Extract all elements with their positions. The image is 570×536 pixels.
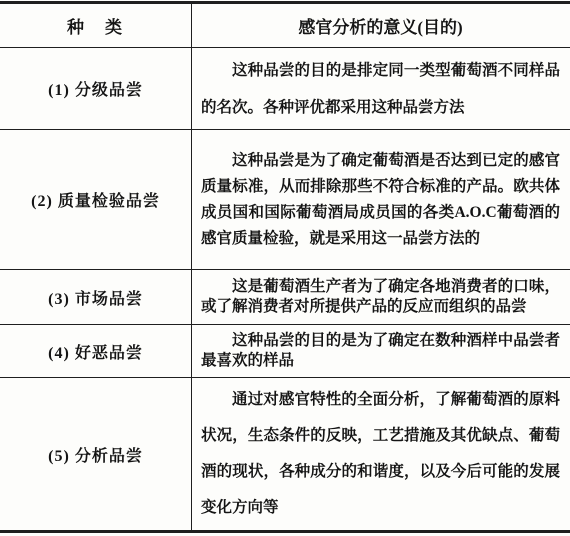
desc-text: 这是葡萄酒生产者为了确定各地消费者的口味，或了解消费者对所提供产品的反应而组织的…: [201, 277, 560, 318]
header-type-label: 种 类: [67, 13, 124, 38]
type-label: (1) 分级品尝: [48, 77, 143, 100]
desc-text: 这种品尝的目的是为了确定在数种酒样中品尝者最喜欢的样品: [201, 331, 560, 372]
type-label: (3) 市场品尝: [48, 286, 143, 309]
desc-text: 这种品尝是为了确定葡萄酒是否达到已定的感官质量标准，从而排除那些不符合标准的产品…: [201, 148, 560, 252]
type-cell: (3) 市场品尝: [0, 270, 192, 324]
table-row: (3) 市场品尝 这是葡萄酒生产者为了确定各地消费者的口味，或了解消费者对所提供…: [0, 270, 570, 325]
type-cell: (2) 质量检验品尝: [0, 130, 192, 269]
table-row: (1) 分级品尝 这种品尝的目的是排定同一类型葡萄酒不同样品的名次。各种评优都采…: [0, 48, 570, 130]
desc-cell: 这是葡萄酒生产者为了确定各地消费者的口味，或了解消费者对所提供产品的反应而组织的…: [192, 270, 570, 324]
header-cell-type: 种 类: [0, 4, 192, 47]
type-cell: (5) 分析品尝: [0, 378, 192, 530]
table-row: (5) 分析品尝 通过对感官特性的全面分析，了解葡萄酒的原料状况，生态条件的反映…: [0, 378, 570, 530]
desc-cell: 这种品尝的目的是排定同一类型葡萄酒不同样品的名次。各种评优都采用这种品尝方法: [192, 48, 570, 129]
type-cell: (1) 分级品尝: [0, 48, 192, 129]
desc-text: 通过对感官特性的全面分析，了解葡萄酒的原料状况，生态条件的反映，工艺措施及其优缺…: [201, 382, 560, 526]
table-row: (2) 质量检验品尝 这种品尝是为了确定葡萄酒是否达到已定的感官质量标准，从而排…: [0, 130, 570, 270]
desc-cell: 通过对感官特性的全面分析，了解葡萄酒的原料状况，生态条件的反映，工艺措施及其优缺…: [192, 378, 570, 530]
desc-text: 这种品尝的目的是排定同一类型葡萄酒不同样品的名次。各种评优都采用这种品尝方法: [201, 52, 560, 126]
table-row: (4) 好恶品尝 这种品尝的目的是为了确定在数种酒样中品尝者最喜欢的样品: [0, 325, 570, 378]
header-cell-meaning: 感官分析的意义(目的): [192, 4, 570, 47]
type-label: (4) 好恶品尝: [48, 340, 143, 363]
desc-cell: 这种品尝的目的是为了确定在数种酒样中品尝者最喜欢的样品: [192, 325, 570, 377]
scanned-document-page: 种 类 感官分析的意义(目的) (1) 分级品尝 这种品尝的目的是排定同一类型葡…: [0, 0, 570, 536]
desc-cell: 这种品尝是为了确定葡萄酒是否达到已定的感官质量标准，从而排除那些不符合标准的产品…: [192, 130, 570, 269]
type-label: (5) 分析品尝: [48, 443, 143, 466]
table-header-row: 种 类 感官分析的意义(目的): [0, 4, 570, 48]
type-cell: (4) 好恶品尝: [0, 325, 192, 377]
type-label: (2) 质量检验品尝: [31, 188, 160, 211]
tasting-types-table: 种 类 感官分析的意义(目的) (1) 分级品尝 这种品尝的目的是排定同一类型葡…: [0, 1, 570, 533]
header-meaning-label: 感官分析的意义(目的): [298, 13, 462, 38]
